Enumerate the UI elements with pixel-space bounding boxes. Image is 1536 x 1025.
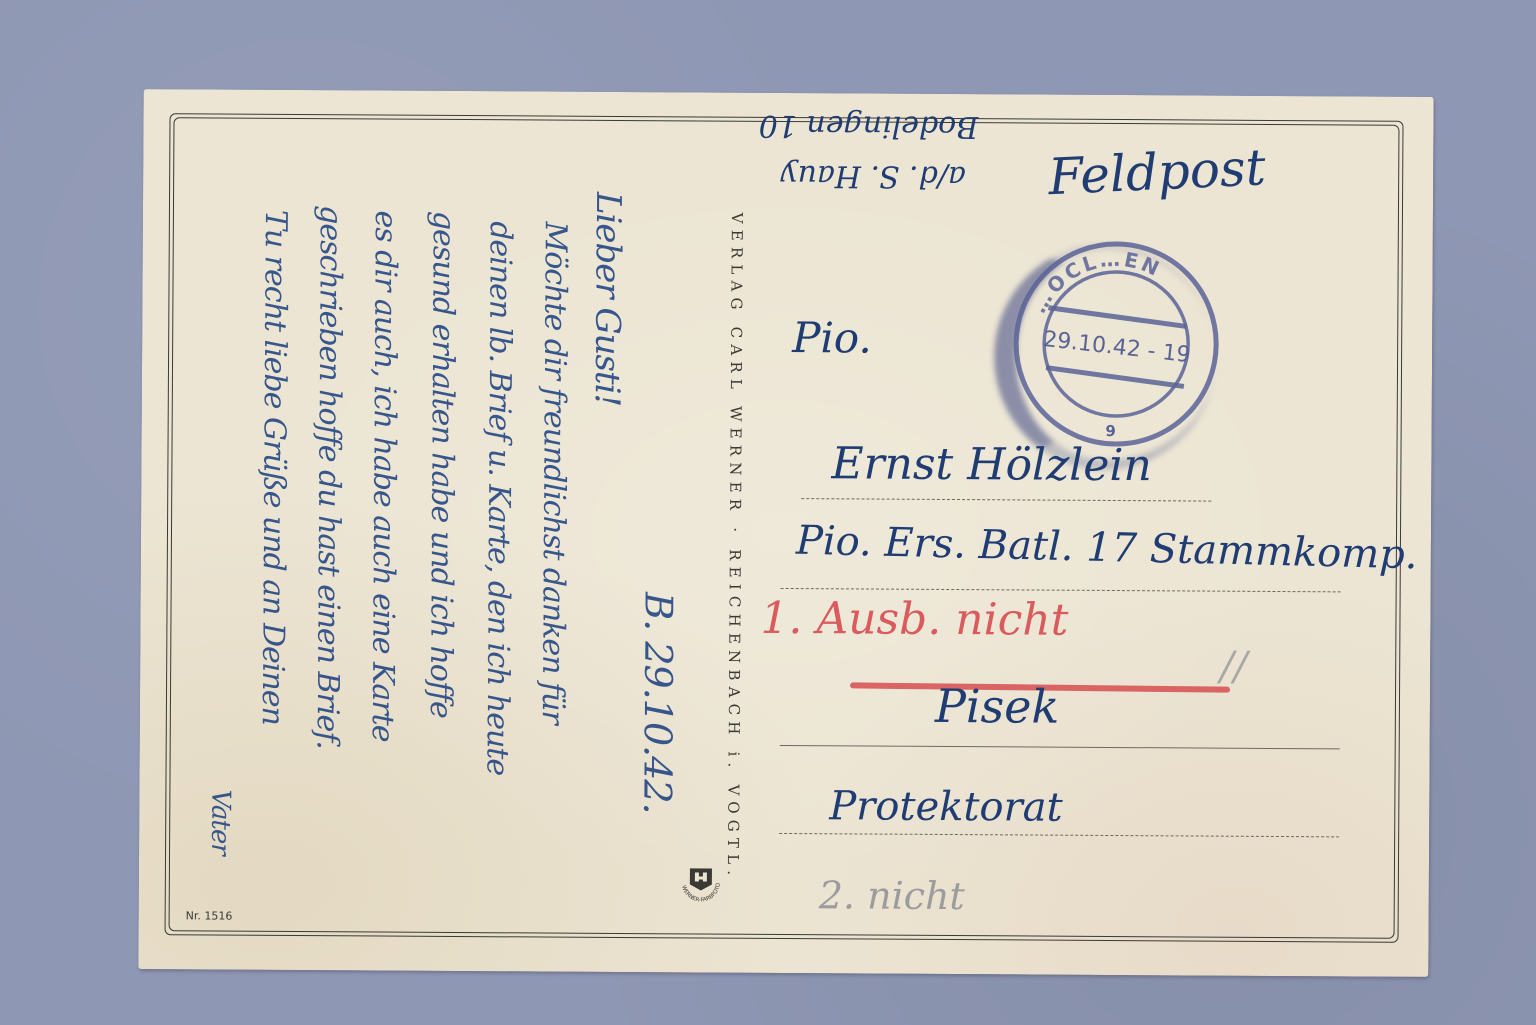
- publisher-imprint: VERLAG CARL WERNER · REICHENBACH i. VOGT…: [702, 213, 746, 933]
- message-line: geschrieben hoffe du hast einen Brief.: [310, 205, 348, 749]
- svg-text:…OCL…EN: …OCL…EN: [1027, 246, 1166, 318]
- sender-line-1: Bodelingen 10: [728, 108, 1008, 145]
- message-line: Tu recht liebe Grüße und an Deinen: [255, 210, 293, 725]
- werner-farbfoto-logo: WERNER-FARBFOTO: [676, 862, 726, 912]
- svg-text:9: 9: [1105, 422, 1116, 440]
- message-greeting: Lieber Gusti!: [587, 192, 628, 406]
- sender-line-2: a/d. S. Hauy: [753, 158, 993, 194]
- message-date: B. 29.10.42.: [635, 592, 680, 814]
- catalog-number: Nr. 1516: [186, 909, 233, 922]
- postmark: …OCL…EN 29.10.42 - 19 9: [1008, 235, 1225, 452]
- svg-text:29.10.42 - 19: 29.10.42 - 19: [1042, 327, 1192, 368]
- message-signature: Vater: [205, 789, 235, 854]
- postcard: Lieber Gusti! B. 29.10.42. Möchte dir fr…: [138, 89, 1433, 977]
- message-line: Möchte dir freundlichst danken für: [535, 221, 573, 723]
- message-line: es dir auch, ich habe auch eine Karte: [365, 210, 403, 741]
- address-rank: Pio.: [792, 313, 872, 362]
- address-name: Ernst Hölzlein: [831, 438, 1152, 491]
- shield-H-logo-icon: WERNER-FARBFOTO: [676, 862, 726, 912]
- address-city: Pisek: [935, 679, 1060, 734]
- grey-pencil-annotation: 2. nicht: [819, 873, 965, 918]
- red-pencil-annotation: 1. Ausb. nicht: [760, 593, 1068, 646]
- feldpost-mark: Feldpost: [1047, 138, 1267, 206]
- address-region: Protektorat: [829, 783, 1063, 830]
- grey-pencil-strike: //: [1220, 644, 1247, 690]
- message-line: gesund erhalten habe und ich hoffe: [423, 211, 461, 718]
- handwritten-message: Lieber Gusti! B. 29.10.42. Möchte dir fr…: [159, 149, 634, 932]
- postmark-stamp-icon: …OCL…EN 29.10.42 - 19 9: [1008, 235, 1225, 452]
- message-line: deinen lb. Brief u. Karte, den ich heute: [480, 221, 518, 775]
